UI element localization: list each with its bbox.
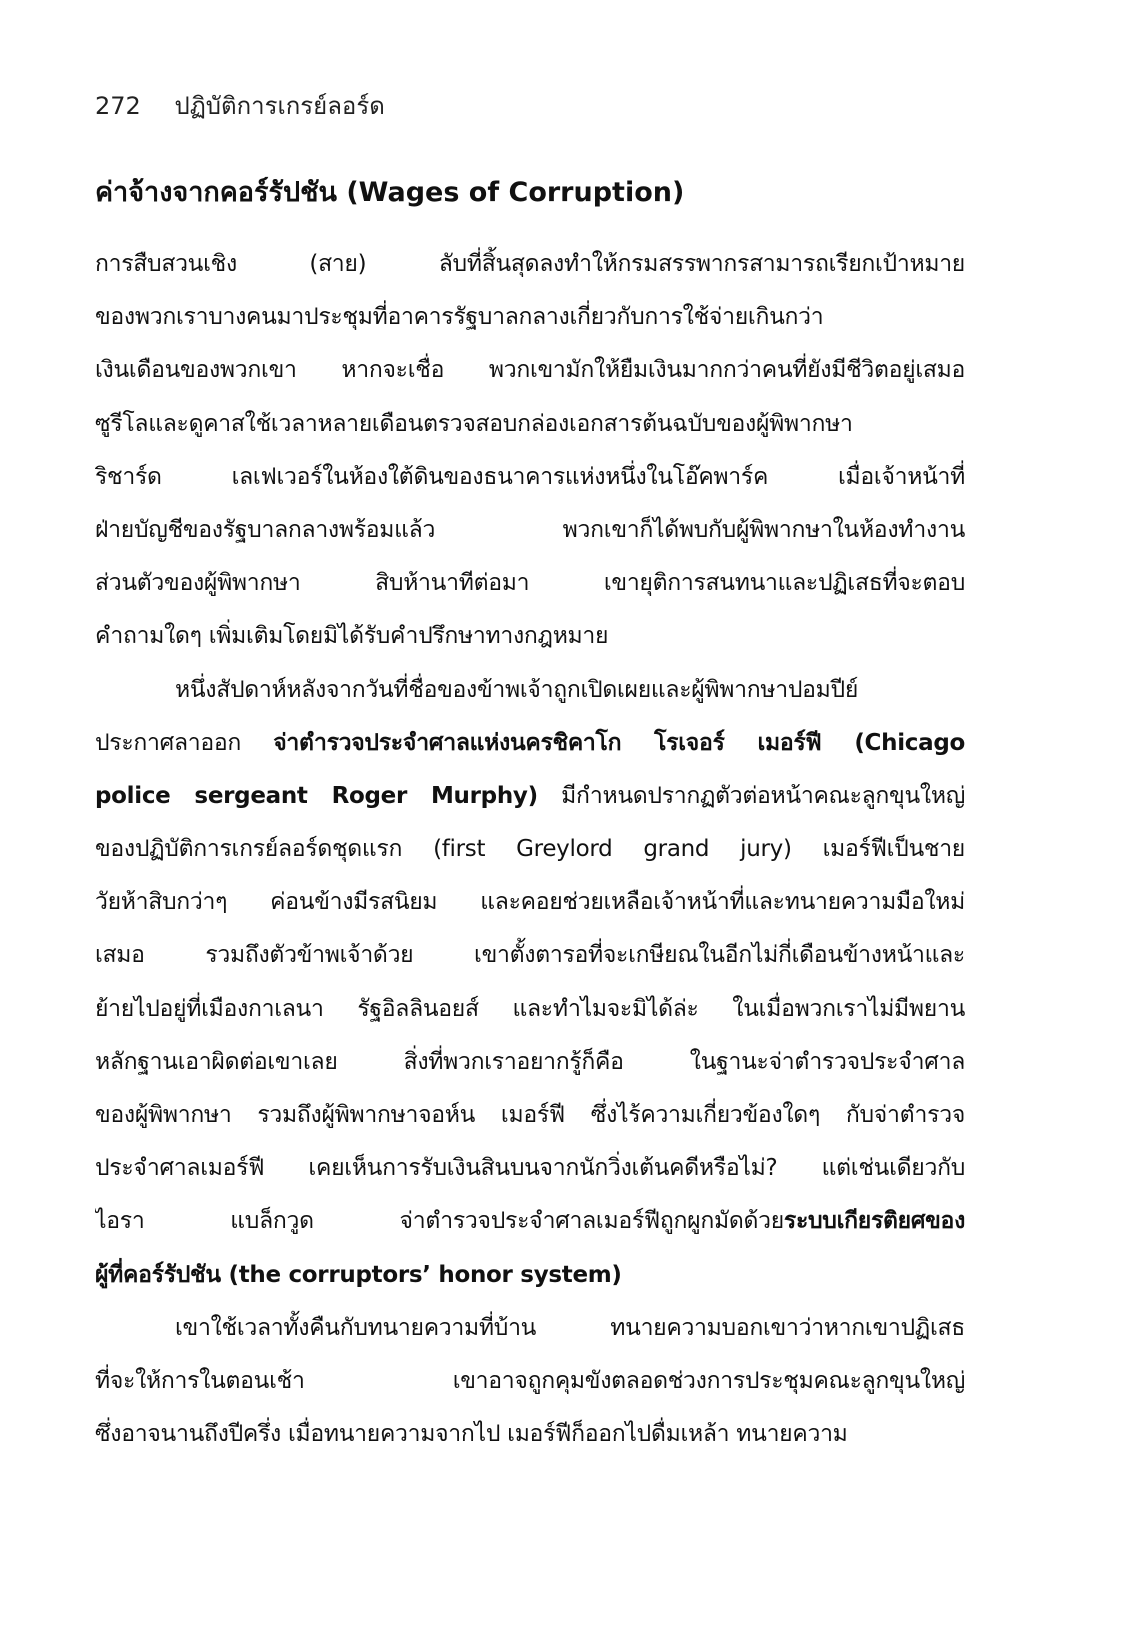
text-line: หลักฐานเอาผิดต่อเขาเลย สิ่งที่พวกเราอยาก… (95, 1036, 965, 1089)
bold-term: ระบบเกียรติยศของ (784, 1208, 965, 1234)
text-line: ของปฏิบัติการเกรย์ลอร์ดชุดแรก (first Gre… (95, 823, 965, 876)
text-line: police sergeant Roger Murphy) มีกำหนดปรา… (95, 770, 965, 823)
text-line: ส่วนตัวของผู้พิพากษา สิบห้านาทีต่อมา เขา… (95, 557, 965, 610)
text-line: ฝ่ายบัญชีของรัฐบาลกลางพร้อมแล้ว พวกเขาก็… (95, 504, 965, 557)
text-line: การสืบสวนเชิง (สาย) ลับที่สิ้นสุดลงทำให้… (95, 238, 965, 291)
text-line: ไอรา แบล็กวูด จ่าตำรวจประจำศาลเมอร์ฟีถูก… (95, 1195, 965, 1248)
running-header: 272 ปฏิบัติการเกรย์ลอร์ด (95, 86, 385, 125)
section-title: ค่าจ้างจากคอร์รัปชัน (Wages of Corruptio… (95, 170, 684, 213)
bold-term: ผู้ที่คอร์รัปชัน (the corruptors’ honor … (95, 1262, 622, 1288)
text-line: ของพวกเราบางคนมาประชุมที่อาคารรัฐบาลกลาง… (95, 291, 965, 344)
text-line: ประกาศลาออก จ่าตำรวจประจำศาลแห่งนครชิคาโ… (95, 717, 965, 770)
text-line: เขาใช้เวลาทั้งคืนกับทนายความที่บ้าน ทนาย… (95, 1302, 965, 1355)
running-title: ปฏิบัติการเกรย์ลอร์ด (174, 92, 384, 120)
text-line: เสมอ รวมถึงตัวข้าพเจ้าด้วย เขาตั้งตารอที… (95, 929, 965, 982)
text-line: ริชาร์ด เลเฟเวอร์ในห้องใต้ดินของธนาคารแห… (95, 451, 965, 504)
text-line: ที่จะให้การในตอนเช้า เขาอาจถูกคุมขังตลอด… (95, 1355, 965, 1408)
body-text: การสืบสวนเชิง (สาย) ลับที่สิ้นสุดลงทำให้… (95, 238, 965, 1461)
text-line: หนึ่งสัปดาห์หลังจากวันที่ชื่อของข้าพเจ้า… (95, 664, 965, 717)
text-line: ซูรีโลและดูคาสใช้เวลาหลายเดือนตรวจสอบกล่… (95, 398, 965, 451)
bold-term: police sergeant Roger Murphy) (95, 783, 538, 809)
bold-term: จ่าตำรวจประจำศาลแห่งนครชิคาโก โรเจอร์ เม… (273, 730, 965, 756)
text-line: ผู้ที่คอร์รัปชัน (the corruptors’ honor … (95, 1249, 965, 1302)
text-line: ของผู้พิพากษา รวมถึงผู้พิพากษาจอห์น เมอร… (95, 1089, 965, 1142)
text-line: วัยห้าสิบกว่าๆ ค่อนข้างมีรสนิยม และคอยช่… (95, 876, 965, 929)
text-line: ย้ายไปอยู่ที่เมืองกาเลนา รัฐอิลลินอยส์ แ… (95, 983, 965, 1036)
text-line: ซึ่งอาจนานถึงปีครึ่ง เมื่อทนายความจากไป … (95, 1408, 965, 1461)
text-line: ประจำศาลเมอร์ฟี เคยเห็นการรับเงินสินบนจา… (95, 1142, 965, 1195)
text-line: เงินเดือนของพวกเขา หากจะเชื่อ พวกเขามักใ… (95, 344, 965, 397)
text-line: คำถามใดๆ เพิ่มเติมโดยมิได้รับคำปรึกษาทาง… (95, 610, 965, 663)
page-number: 272 (95, 92, 141, 120)
